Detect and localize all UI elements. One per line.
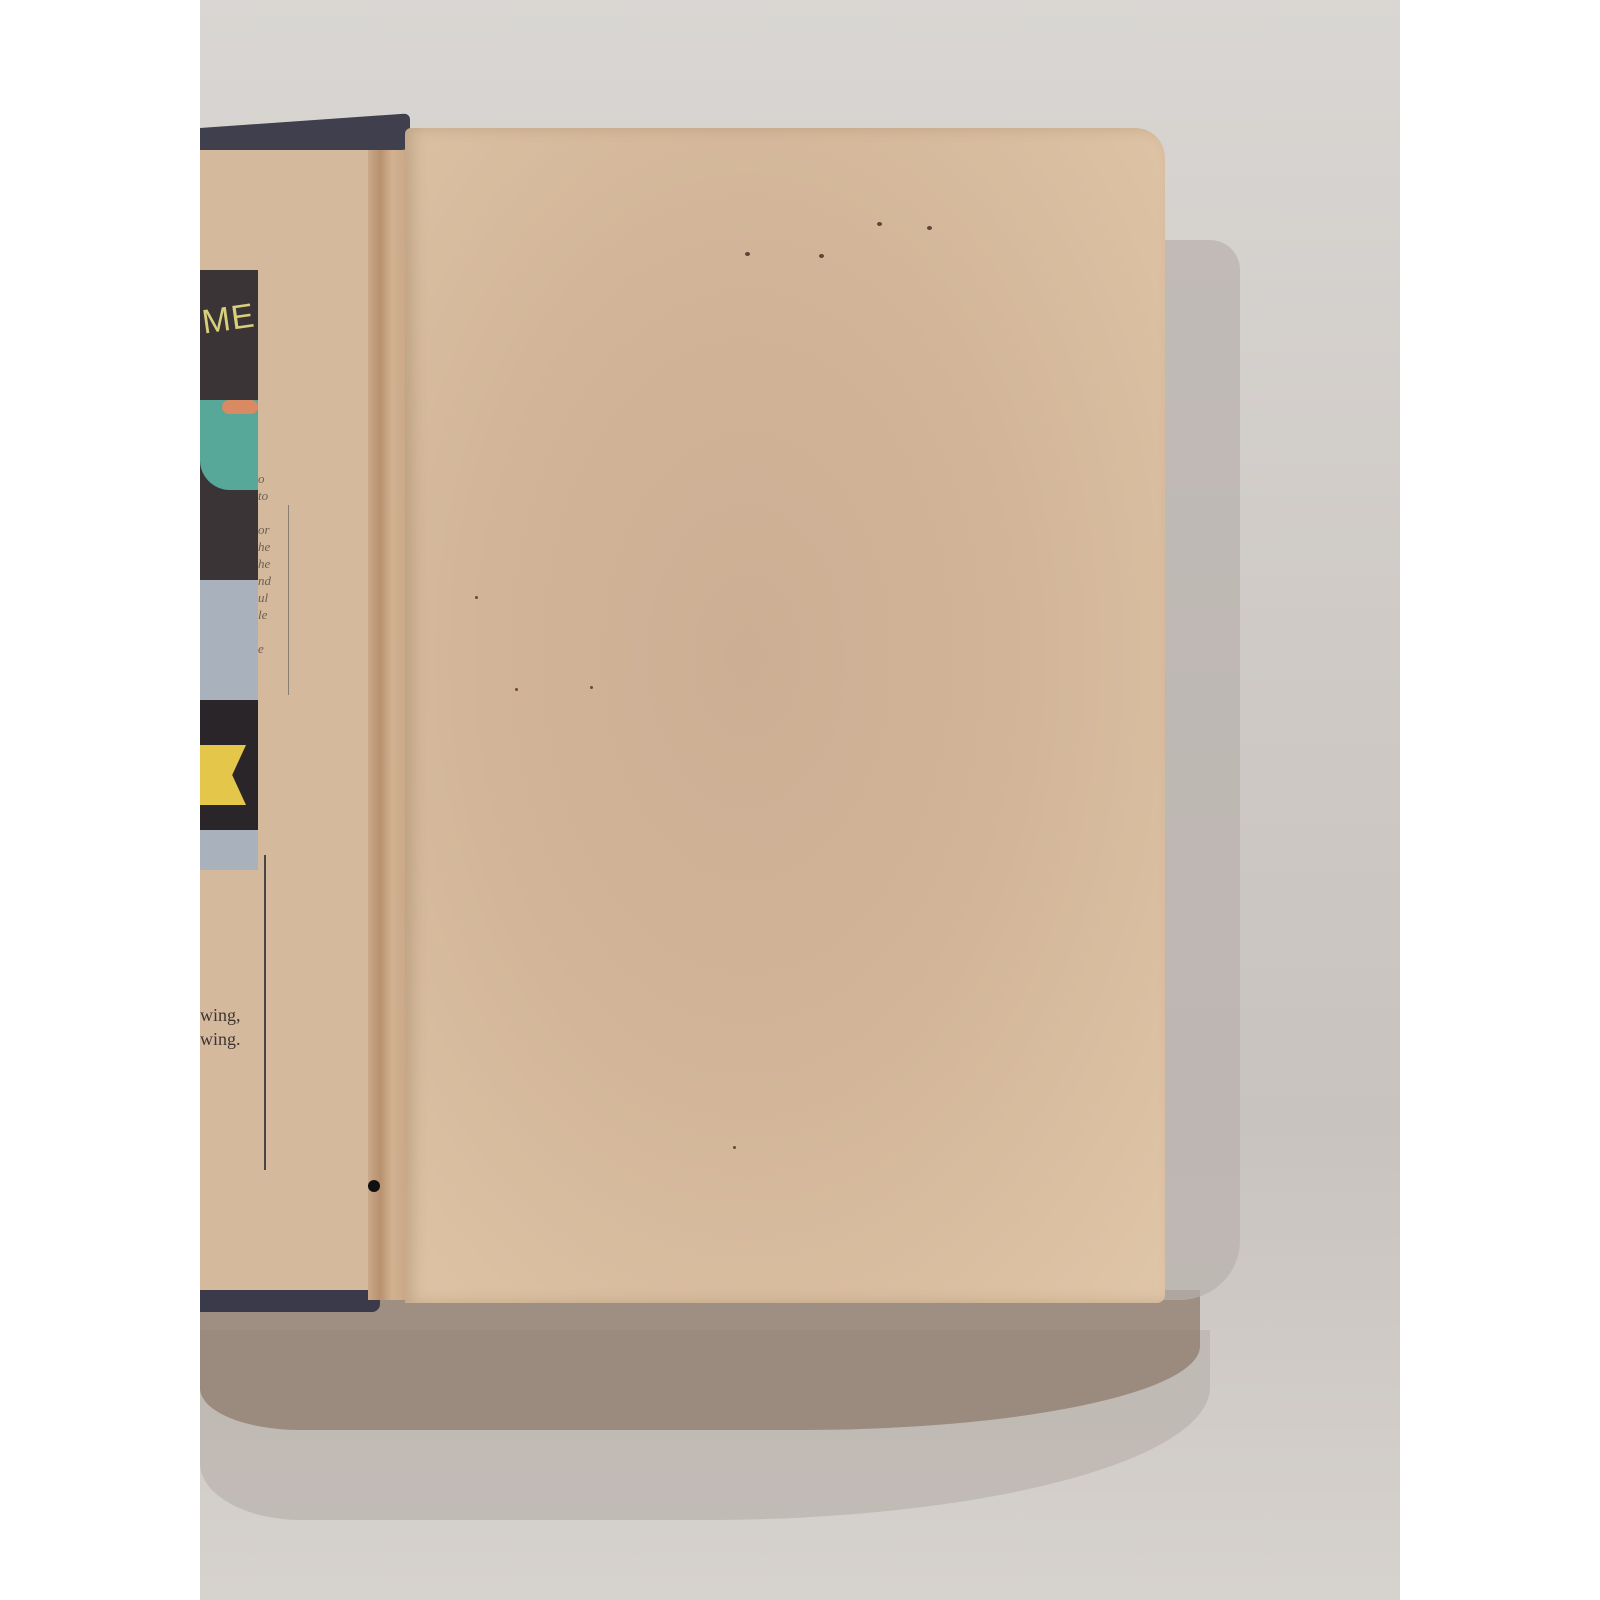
pin-hole [819,254,824,258]
flap-text-line: ul [258,589,288,606]
foxing-spot [515,688,518,691]
book-photo: ME o to or he he nd ul le e wing, wing. [200,0,1400,1600]
jacket-flap-orange-shape [222,400,258,414]
foxing-spot [590,686,593,689]
pin-hole [877,222,882,226]
flap-text-line: e [258,640,288,657]
pin-hole [745,252,750,256]
flap-text-line: he [258,538,288,555]
foxing-spot [733,1146,736,1149]
cover-board-bottom [200,1290,380,1312]
page-shadow-right [1160,240,1240,1300]
flap-text-line: he [258,555,288,572]
jacket-flap-title: ME [200,297,257,343]
flap-text-line [258,504,288,521]
flap-text-line: o [258,470,288,487]
flap-lower-line: wing. [200,1027,241,1051]
flap-text-line: or [258,521,288,538]
cover-hole [368,1180,380,1192]
blank-page [405,128,1165,1303]
jacket-flap-text-column: o to or he he nd ul le e [258,470,288,657]
flap-text-line: to [258,487,288,504]
flap-lower-line: wing, [200,1003,241,1027]
flap-rule-line [288,505,289,695]
jacket-flap-lower-text: wing, wing. [200,1003,241,1051]
foxing-spot [475,596,478,599]
pin-hole [927,226,932,230]
flap-text-line: nd [258,572,288,589]
flap-text-line [258,623,288,640]
flap-rule-line [264,855,266,1170]
spine-gutter [368,150,408,1300]
flap-text-line: le [258,606,288,623]
